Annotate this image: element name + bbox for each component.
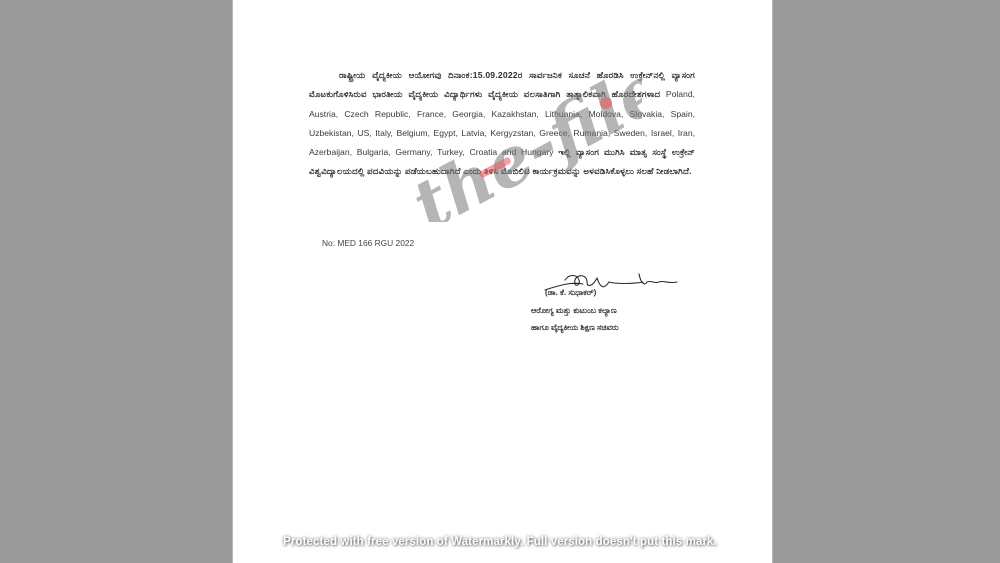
signatory-title-line2: ಹಾಗೂ ವೈದ್ಯಕೀಯ ಶಿಕ್ಷಣ ಸಚಿವರು bbox=[531, 323, 619, 333]
document-page: ರಾಷ್ಟ್ರೀಯ ವೈದ್ಯಕೀಯ ಆಯೋಗವು ದಿನಾಂಕ:15.09.2… bbox=[233, 0, 772, 563]
document-viewer: ರಾಷ್ಟ್ರೀಯ ವೈದ್ಯಕೀಯ ಆಯೋಗವು ದಿನಾಂಕ:15.09.2… bbox=[0, 0, 1000, 563]
signatory-title-line1: ಆರೋಗ್ಯ ಮತ್ತು ಕುಟುಂಬ ಕಲ್ಯಾಣ bbox=[531, 306, 617, 316]
signatory-name: (ಡಾ. ಕೆ. ಸುಧಾಕರ್) bbox=[545, 288, 596, 298]
body-paragraph: ರಾಷ್ಟ್ರೀಯ ವೈದ್ಯಕೀಯ ಆಯೋಗವು ದಿನಾಂಕ:15.09.2… bbox=[309, 66, 695, 182]
reference-number: No: MED 166 RGU 2022 bbox=[322, 238, 414, 248]
watermarkly-notice: Protected with free version of Watermark… bbox=[0, 536, 1000, 548]
kannada-intro-text: ರಾಷ್ಟ್ರೀಯ ವೈದ್ಯಕೀಯ ಆಯೋಗವು ದಿನಾಂಕ:15.09.2… bbox=[309, 70, 695, 99]
